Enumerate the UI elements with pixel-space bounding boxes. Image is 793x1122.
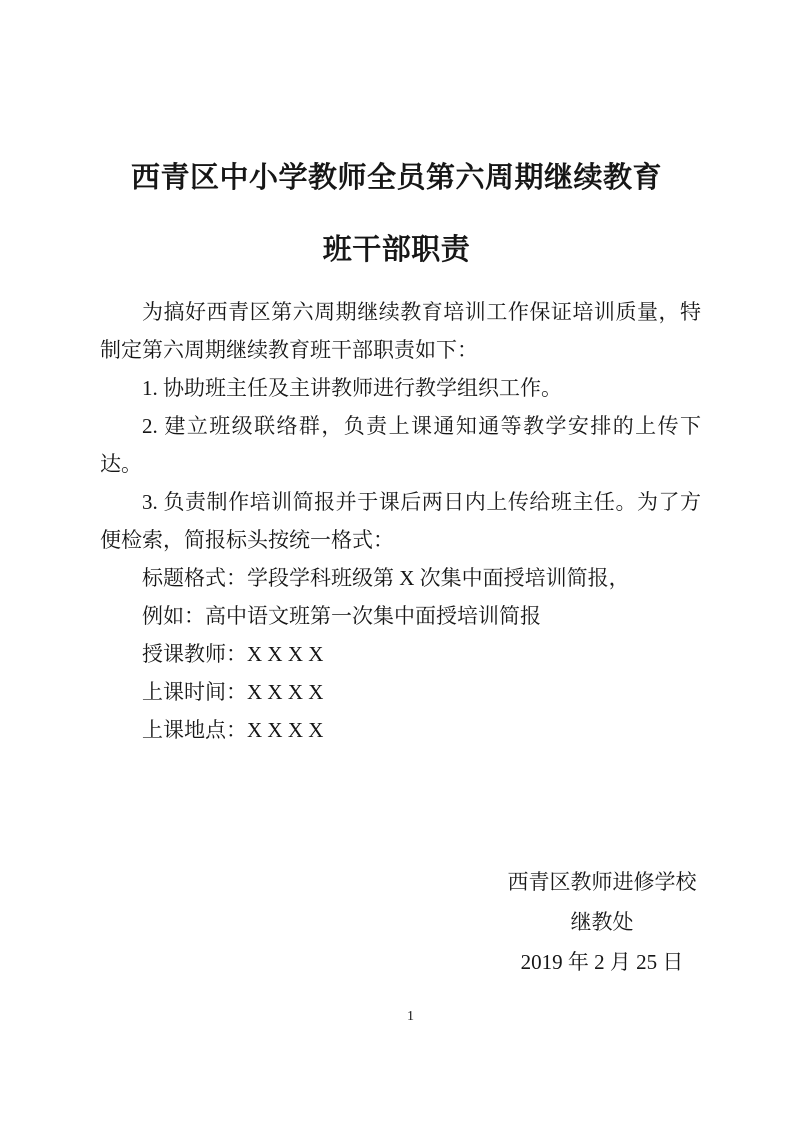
document-title-line2: 班干部职责 <box>0 233 793 267</box>
document-page: 西青区中小学教师全员第六周期继续教育 班干部职责 为搞好西青区第六周期继续教育培… <box>0 0 793 1122</box>
body-line: 标题格式：学段学科班级第 X 次集中面授培训简报， <box>100 559 701 597</box>
body-line: 上课时间：X X X X <box>100 673 701 711</box>
body-line: 1. 协助班主任及主讲教师进行教学组织工作。 <box>100 369 701 407</box>
body-line: 2. 建立班级联络群，负责上课通知通等教学安排的上传下 <box>100 407 701 445</box>
body-line: 3. 负责制作培训简报并于课后两日内上传给班主任。为了方 <box>100 483 701 521</box>
page-number: 1 <box>14 1008 793 1026</box>
document-title-line1: 西青区中小学教师全员第六周期继续教育 <box>0 161 793 195</box>
signature-block: 西青区教师进修学校 继教处 2019 年 2 月 25 日 <box>492 862 712 982</box>
body-line: 便检索，简报标头按统一格式： <box>100 521 701 559</box>
document-body: 为搞好西青区第六周期继续教育培训工作保证培训质量，特 制定第六周期继续教育班干部… <box>100 293 701 749</box>
body-line: 为搞好西青区第六周期继续教育培训工作保证培训质量，特 <box>100 293 701 331</box>
signature-department: 继教处 <box>492 902 712 942</box>
signature-date: 2019 年 2 月 25 日 <box>492 942 712 982</box>
body-line: 达。 <box>100 445 701 483</box>
signature-organization: 西青区教师进修学校 <box>492 862 712 902</box>
body-line: 例如：高中语文班第一次集中面授培训简报 <box>100 597 701 635</box>
body-line: 授课教师：X X X X <box>100 635 701 673</box>
body-line: 上课地点：X X X X <box>100 711 701 749</box>
body-line: 制定第六周期继续教育班干部职责如下： <box>100 331 701 369</box>
